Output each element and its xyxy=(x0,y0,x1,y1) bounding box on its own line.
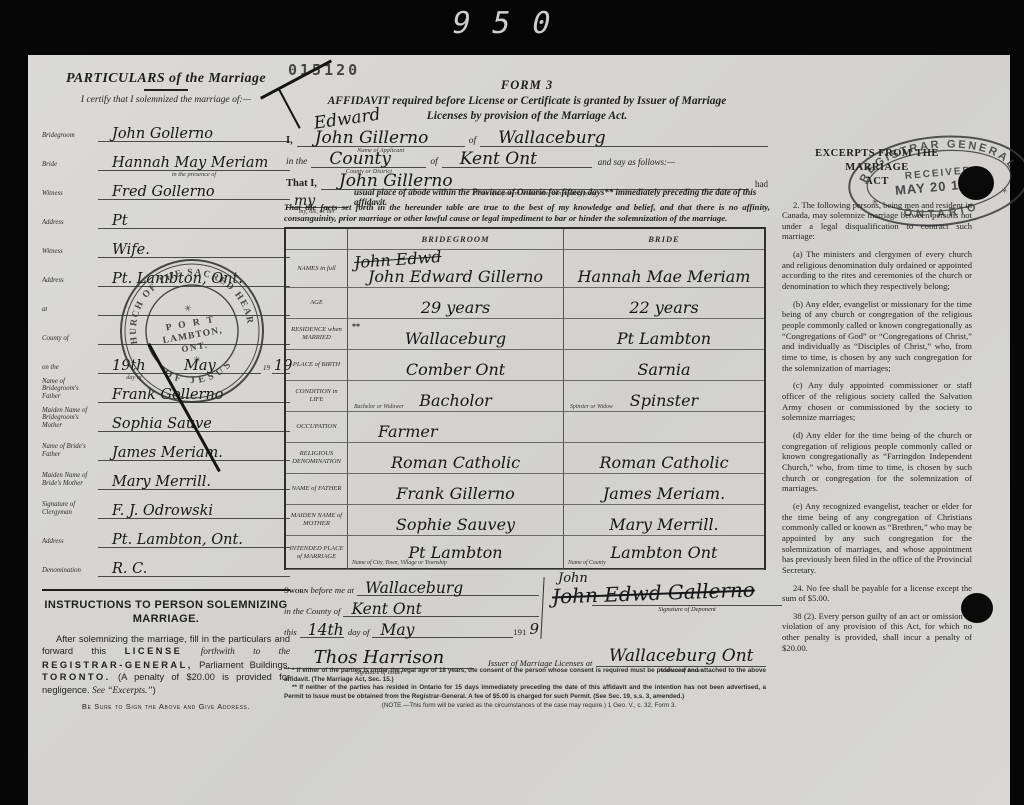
instructions-text: Parliament Buildings, xyxy=(193,660,290,670)
groom-residence-cell: **Wallaceburg xyxy=(348,319,564,350)
instructions-text: forthwith to the xyxy=(182,647,290,657)
groom-occupation-cell: Farmer xyxy=(348,412,564,443)
film-frame-number: 950 xyxy=(448,6,576,41)
handwritten-value: James Meriam. xyxy=(112,445,223,461)
field-label: Name of Bridegroom's Father xyxy=(42,378,98,403)
field-label: Name of Bride's Father xyxy=(42,443,98,461)
sworn-month-line: May xyxy=(372,616,513,638)
row-label-names: NAMES in full xyxy=(286,250,348,288)
sworn-county-line: Kent Ont xyxy=(343,595,539,617)
registrar-emphasis: REGISTRAR-GENERAL, xyxy=(42,660,193,670)
field-line: Mary Merrill. xyxy=(98,460,290,490)
county-place-handwriting: Kent Ont xyxy=(460,149,537,169)
row-label-father: NAME of FATHER xyxy=(286,474,348,505)
deponent-signature-block: John John Edwd Gallerno Signature of Dep… xyxy=(552,575,766,613)
line2-prefix: in the xyxy=(286,157,311,168)
footnote-residency: ** If neither of the parties has resided… xyxy=(284,684,766,701)
bride-condition-cell: Spinster or WidowSpinster xyxy=(564,381,764,412)
excerpts-title-line1: EXCERPTS FROM THE MARRIAGE xyxy=(782,147,972,175)
bride-religion-cell: Roman Catholic xyxy=(564,443,764,474)
bachelor-widower-sublabel: Bachelor or Widower xyxy=(348,404,563,410)
groom-birthplace-value: Comber Ont xyxy=(406,360,505,379)
groom-names-cell: John EdwdJohn Edward Gillerno xyxy=(348,250,564,288)
footnote-underage: * If either of the parties is under the … xyxy=(284,667,766,684)
bride-age-cell: 22 years xyxy=(564,288,764,319)
sworn-county-row: in the County of Kent Ont xyxy=(284,596,539,617)
year-handwritten: 9 xyxy=(529,620,539,638)
sworn-place-row: Sworn before me at Wallaceburg xyxy=(284,575,539,596)
row-label-religion: RELIGIOUS DENOMINATION xyxy=(286,443,348,474)
field-line xyxy=(98,286,290,316)
field-county-of: County of xyxy=(42,316,290,345)
handwritten-value: John Gollerno xyxy=(112,126,213,142)
field-line: Sophia Sauve xyxy=(98,402,290,432)
signature-of-deponent-sublabel: Signature of Deponent xyxy=(592,605,782,613)
field-label: Bridegroom xyxy=(42,132,98,142)
field-line: Pt xyxy=(98,199,290,229)
handwritten-value: Pt xyxy=(112,213,128,229)
bride-birthplace-cell: Sarnia xyxy=(564,350,764,381)
intended-place-county-value: Lambton Ont xyxy=(611,543,718,562)
sworn-day-value: 14th xyxy=(308,621,344,639)
intended-place-county-cell: Lambton OntName of County xyxy=(564,536,764,570)
field-clergyman-signature: Signature of Clergyman F. J. Odrowski xyxy=(42,490,290,519)
handwritten-value: Mary Merrill. xyxy=(112,474,211,490)
field-clergy-address: Address Pt. Lambton, Ont. xyxy=(42,519,290,548)
field-label: Witness xyxy=(42,248,98,258)
sworn-day-line: 14th xyxy=(300,616,344,638)
handwritten-value: Pt. Lambton, Ont. xyxy=(112,271,243,287)
groom-religion-cell: Roman Catholic xyxy=(348,443,564,474)
county-line: County County or District xyxy=(311,146,426,168)
footnote-form-note: (NOTE.—This form will be varied as the c… xyxy=(284,702,766,711)
toronto-emphasis: TORONTO. xyxy=(42,672,111,682)
groom-birthplace-cell: Comber Ont xyxy=(348,350,564,381)
bride-occupation-cell xyxy=(564,412,764,443)
groom-age-value: 29 years xyxy=(421,298,490,317)
sworn-section: Sworn before me at Wallaceburg in the Co… xyxy=(284,575,766,676)
field-address-2: Address Pt. Lambton, Ont. xyxy=(42,258,290,287)
applicant-name-line: John Gillerno Edward Name of Applicant xyxy=(297,122,465,147)
field-line: Pt. Lambton, Ont. xyxy=(98,518,290,548)
field-line: Pt. Lambton, Ont. xyxy=(98,257,290,287)
handwritten-value: F. J. Odrowski xyxy=(112,503,213,519)
county-handwriting: County xyxy=(329,149,391,169)
this-label: this xyxy=(284,627,300,638)
groom-name-value: John Edward Gillerno xyxy=(368,267,543,286)
issuer-signature: Thos Harrison xyxy=(314,647,444,668)
month-line: May xyxy=(170,344,261,374)
field-line: James Meriam. xyxy=(98,431,290,461)
field-label: Denomination xyxy=(42,567,98,577)
bride-father-cell: James Meriam. xyxy=(564,474,764,505)
table-corner xyxy=(286,229,348,250)
issuer-address-value: Wallaceburg Ont xyxy=(609,646,754,666)
bride-name-value: Hannah Mae Meriam xyxy=(578,267,751,286)
line1-prefix: I, xyxy=(286,135,297,147)
bride-birthplace-value: Sarnia xyxy=(637,360,690,379)
hole-punch-bottom xyxy=(961,593,993,623)
handwritten-day: 19th xyxy=(112,358,146,374)
applicant-place-handwriting: Wallaceburg xyxy=(498,128,606,148)
excerpt-paragraph-c: (c) Any duly appointed commissioner or s… xyxy=(782,380,972,423)
column-header-bridegroom: BRIDEGROOM xyxy=(348,229,564,250)
field-label: Bride xyxy=(42,161,98,171)
see-excerpts-note: See “Excerpts.” xyxy=(92,686,152,696)
field-line: John Gollerno xyxy=(98,112,290,142)
excerpts-section: EXCERPTS FROM THE MARRIAGE ACT 2. The fo… xyxy=(782,147,972,660)
handwritten-value: Wife. xyxy=(112,242,150,258)
instructions-body: After solemnizing the marriage, fill in … xyxy=(42,633,290,698)
sworn-place-line: Wallaceburg xyxy=(357,574,539,596)
groom-condition-cell: Bachelor or WidowerBacholor xyxy=(348,381,564,412)
before-me-label: before me at xyxy=(310,585,354,595)
field-line xyxy=(98,315,290,345)
field-marriage-date: on the 19thday of May 19 19 xyxy=(42,345,290,374)
groom-occupation-value: Farmer xyxy=(378,422,438,441)
affidavit-section: 015120 FORM 3 AFFIDAVIT required before … xyxy=(284,55,770,805)
brace-line xyxy=(540,577,544,639)
handwritten-value: Sophia Sauve xyxy=(112,416,212,432)
footnotes: * If either of the parties is under the … xyxy=(284,667,766,711)
sworn-label: Sworn xyxy=(284,585,308,595)
sworn-date-row: this 14th day of May 191 9 xyxy=(284,617,539,638)
spinster-widow-sublabel: Spinster or Widow xyxy=(564,404,764,410)
double-asterisk-mark: ** xyxy=(352,322,360,331)
particulars-section: PARTICULARS of the Marriage I certify th… xyxy=(42,71,290,711)
bride-residence-value: Pt Lambton xyxy=(617,329,711,348)
field-label: Maiden Name of Bridegroom's Mother xyxy=(42,407,98,432)
row-label-intended-place: INTENDED PLACE of MARRIAGE xyxy=(286,536,348,570)
field-bridegrooms-mother: Maiden Name of Bridegroom's Mother Sophi… xyxy=(42,403,290,432)
bride-groom-table: BRIDEGROOM BRIDE NAMES in full John Edwd… xyxy=(284,227,766,570)
groom-mother-value: Sophie Sauvey xyxy=(396,515,515,534)
field-address-1: Address Pt xyxy=(42,200,290,229)
affidavit-line-2: in the County County or District of Kent… xyxy=(286,147,768,168)
field-label: on the xyxy=(42,364,98,374)
title-rule xyxy=(144,89,188,91)
row-label-occupation: OCCUPATION xyxy=(286,412,348,443)
row-label-age: AGE xyxy=(286,288,348,319)
year-printed: 191 xyxy=(513,627,529,638)
handwritten-value: Hannah May Meriam xyxy=(112,155,268,171)
excerpt-paragraph-38: 38 (2). Every person guilty of an act or… xyxy=(782,611,972,654)
county-place-line: Kent Ont xyxy=(442,146,592,168)
groom-age-cell: 29 years xyxy=(348,288,564,319)
row-label-mother: MAIDEN NAME of MOTHER xyxy=(286,505,348,536)
excerpt-paragraph-d: (d) Any elder for the time being of the … xyxy=(782,430,972,494)
field-label: Address xyxy=(42,277,98,287)
groom-father-value: Frank Gillerno xyxy=(396,484,515,503)
field-label: Maiden Name of Bride's Mother xyxy=(42,472,98,490)
groom-mother-cell: Sophie Sauvey xyxy=(348,505,564,536)
handwritten-month: May xyxy=(184,358,216,374)
groom-residence-value: Wallaceburg xyxy=(405,329,506,348)
certify-line: I certify that I solemnized the marriage… xyxy=(42,95,290,105)
form-number: FORM 3 xyxy=(284,78,770,93)
affidavit-lines: I, John Gillerno Edward Name of Applican… xyxy=(286,123,768,208)
affidavit-line-1: I, John Gillerno Edward Name of Applican… xyxy=(286,123,768,147)
excerpt-paragraph-a: (a) The ministers and clergymen of every… xyxy=(782,249,972,292)
bride-residence-cell: Pt Lambton xyxy=(564,319,764,350)
serial-number-stamp: 015120 xyxy=(288,61,360,79)
row-label-birthplace: PLACE of BIRTH xyxy=(286,350,348,381)
instructions-footer: Be Sure to Sign the Above and Give Addre… xyxy=(42,702,290,711)
marriage-affidavit-document: PARTICULARS of the Marriage I certify th… xyxy=(28,55,1010,805)
hole-punch-top xyxy=(958,166,994,200)
registrar-stamp-star-right: ✳ xyxy=(1001,186,1009,196)
row-label-residence: RESIDENCE when MARRIED xyxy=(286,319,348,350)
field-brides-father: Name of Bride's Father James Meriam. xyxy=(42,432,290,461)
field-label: Witness xyxy=(42,190,98,200)
county-sublabel: Name of County xyxy=(568,560,606,566)
field-label: Address xyxy=(42,538,98,548)
applicant-place-line: Wallaceburg xyxy=(480,122,768,147)
excerpt-paragraph-24: 24. No fee shall be payable for a licens… xyxy=(782,583,972,604)
handwritten-value: Fred Gollerno xyxy=(112,184,215,200)
bride-mother-cell: Mary Merrill. xyxy=(564,505,764,536)
field-line: R. C. xyxy=(98,547,290,577)
handwritten-value: R. C. xyxy=(112,561,147,577)
sworn-left-block: Sworn before me at Wallaceburg in the Co… xyxy=(284,575,539,638)
instructions-heading: INSTRUCTIONS TO PERSON SOLEMNIZING MARRI… xyxy=(42,599,290,627)
excerpts-title: EXCERPTS FROM THE MARRIAGE ACT xyxy=(782,147,972,190)
field-bridegrooms-father: Name of Bridegroom's Father Frank Goller… xyxy=(42,374,290,403)
field-line: F. J. Odrowski xyxy=(98,489,290,519)
day-of-label: day of xyxy=(344,627,373,638)
field-label: Address xyxy=(42,219,98,229)
field-denomination: Denomination R. C. xyxy=(42,548,290,577)
intended-place-city-value: Pt Lambton xyxy=(408,543,502,562)
excerpt-paragraph-e: (e) Any recognized evangelist, teacher o… xyxy=(782,501,972,576)
field-witness-2: Witness Wife. xyxy=(42,229,290,258)
bride-names-cell: Hannah Mae Meriam xyxy=(564,250,764,288)
bride-age-value: 22 years xyxy=(629,298,698,317)
bride-mother-value: Mary Merrill. xyxy=(609,515,718,534)
field-line: Frank Gollerno xyxy=(98,373,290,403)
field-line: Fred Gollerno xyxy=(98,170,290,200)
field-line: Hannah May Meriamin the presence of xyxy=(98,141,290,171)
bride-religion-value: Roman Catholic xyxy=(599,453,728,472)
groom-religion-value: Roman Catholic xyxy=(391,453,520,472)
column-header-bride: BRIDE xyxy=(564,229,764,250)
excerpts-title-line2: ACT xyxy=(782,175,972,189)
section-divider xyxy=(42,589,290,591)
city-town-sublabel: Name of City, Town, Village or Township xyxy=(352,560,447,566)
excerpt-paragraph-b: (b) Any elder, evangelist or missionary … xyxy=(782,299,972,374)
instructions-text: ) xyxy=(153,685,156,695)
groom-father-cell: Frank Gillerno xyxy=(348,474,564,505)
sworn-month-value: May xyxy=(380,621,414,639)
row-label-condition: CONDITION in LIFE xyxy=(286,381,348,412)
day-line: 19thday of xyxy=(98,344,170,374)
field-witness-1: Witness Fred Gollerno xyxy=(42,171,290,200)
field-line: Wife. xyxy=(98,228,290,258)
field-bride: Bride Hannah May Meriamin the presence o… xyxy=(42,142,290,171)
field-at: at xyxy=(42,287,290,316)
excerpt-paragraph-2: 2. The following persons, being men and … xyxy=(782,200,972,243)
license-emphasis: LICENSE xyxy=(125,646,183,656)
bride-father-value: James Meriam. xyxy=(603,484,725,503)
particulars-title: PARTICULARS of the Marriage xyxy=(42,71,290,87)
field-label: County of xyxy=(42,335,98,345)
field-label: at xyxy=(42,306,98,316)
instructions-section: INSTRUCTIONS TO PERSON SOLEMNIZING MARRI… xyxy=(42,599,290,711)
field-label: Signature of Clergyman xyxy=(42,501,98,519)
affidavit-declaration: That the facts set forth in the hereunde… xyxy=(284,202,770,225)
handwritten-value: Pt. Lambton, Ont. xyxy=(112,532,243,548)
handwritten-value: Frank Gollerno xyxy=(112,387,224,403)
intended-place-city-cell: Pt LambtonName of City, Town, Village or… xyxy=(348,536,564,570)
microfilm-scan: 950 PARTICULARS of the Marriage I certif… xyxy=(0,0,1024,805)
field-bridegroom: Bridegroom John Gollerno xyxy=(42,113,290,142)
field-brides-mother: Maiden Name of Bride's Mother Mary Merri… xyxy=(42,461,290,490)
